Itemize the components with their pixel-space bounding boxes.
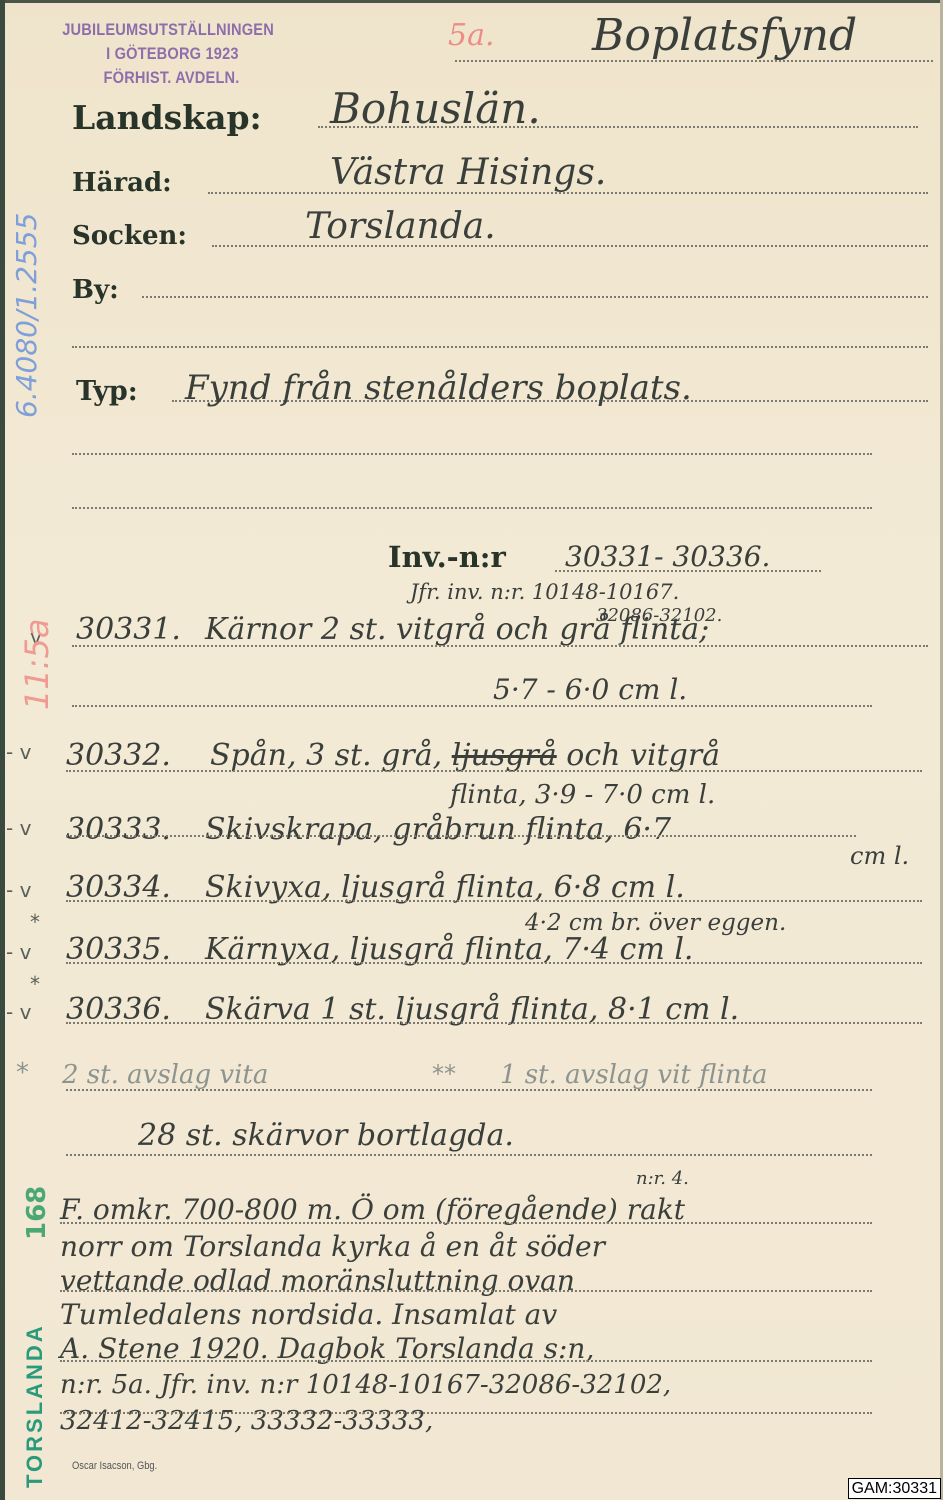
pencil-star-2: ** xyxy=(432,1060,456,1088)
item-2-text: Spån, 3 st. grå, ljusgrå och vitgrå xyxy=(210,738,720,773)
description-rule-3 xyxy=(60,1360,872,1362)
item-6-star: * xyxy=(30,972,40,996)
discarded-note: 28 st. skärvor bortlagda. xyxy=(138,1118,514,1153)
catalog-card: JUBILEUMSUTSTÄLLNINGEN I GÖTEBORG 1923 F… xyxy=(0,0,943,1500)
red-card-number: 5a. xyxy=(448,18,495,53)
blank-line-3 xyxy=(72,507,872,509)
blue-margin-note: 6.4080/1.2555 xyxy=(10,213,43,418)
card-edge-left xyxy=(0,0,5,1500)
locality-stamp: TORSLANDA xyxy=(22,1323,48,1488)
item-4-line xyxy=(66,900,922,902)
description-line-3: vettande odlad moränsluttning ovan xyxy=(60,1264,575,1297)
by-line xyxy=(142,296,928,298)
typ-value: Fynd från stenålders boplats. xyxy=(185,368,692,408)
description-rule-2 xyxy=(60,1290,872,1292)
landskap-label: Landskap: xyxy=(72,98,262,137)
item-2-number: 30332. xyxy=(66,738,171,773)
description-line-7: 32412-32415, 33332-33333, xyxy=(60,1406,433,1436)
item-3-number: 30333. xyxy=(66,812,171,847)
socken-value: Torslanda. xyxy=(305,206,496,247)
socken-label: Socken: xyxy=(72,221,187,251)
item-2-text-a: Spån, 3 st. grå, xyxy=(210,738,442,773)
item-1-line xyxy=(72,645,928,647)
item-5-line xyxy=(66,962,922,964)
stamp-line-1: JUBILEUMSUTSTÄLLNINGEN xyxy=(52,18,284,42)
discarded-line xyxy=(66,1154,872,1156)
inventory-label: Inv.-n:r xyxy=(388,540,506,574)
description-superscript: n:r. 4. xyxy=(636,1168,689,1189)
description-line-2: norr om Torslanda kyrka å en åt söder xyxy=(60,1230,605,1263)
blank-line-2 xyxy=(72,453,872,455)
item-3-line xyxy=(66,835,856,837)
inventory-range: 30331- 30336. xyxy=(565,540,770,573)
description-rule-4 xyxy=(60,1412,872,1414)
red-margin-note: 11:5a xyxy=(18,619,56,710)
description-rule-1 xyxy=(60,1222,872,1224)
pencil-note-1: 2 st. avslag vita xyxy=(62,1060,268,1090)
item-3-continuation: cm l. xyxy=(850,842,909,870)
stamp-line-2: I GÖTEBORG 1923 xyxy=(61,42,285,66)
item-2-checkmark: - v xyxy=(6,740,31,764)
pencil-note-line xyxy=(66,1089,872,1091)
exhibition-stamp: JUBILEUMSUTSTÄLLNINGEN I GÖTEBORG 1923 F… xyxy=(52,18,284,90)
item-3-text: Skivskrapa, gråbrun flinta, 6·7 xyxy=(205,812,671,847)
pencil-star-1: * xyxy=(16,1058,29,1088)
item-1-continuation: 5·7 - 6·0 cm l. xyxy=(493,673,687,706)
stamp-line-3: FÖRHIST. AVDELN. xyxy=(59,66,284,90)
item-1-number: 30331. xyxy=(76,612,181,647)
category-line xyxy=(455,60,933,62)
blank-line-1 xyxy=(72,346,928,348)
printer-imprint: Oscar Isacson, Gbg. xyxy=(72,1460,157,1472)
category-title: Boplatsfynd xyxy=(592,10,857,61)
item-5-checkmark: - v xyxy=(6,940,31,964)
item-5-star: * xyxy=(30,910,40,934)
item-2-text-b: och vitgrå xyxy=(566,738,720,773)
harad-value: Västra Hisings. xyxy=(330,152,606,193)
by-label: By: xyxy=(72,275,119,305)
inventory-compare-1: Jfr. inv. n:r. 10148-10167. xyxy=(410,580,679,604)
item-2-continuation: flinta, 3·9 - 7·0 cm l. xyxy=(450,780,715,810)
card-edge-top xyxy=(0,0,943,3)
description-line-4: Tumledalens nordsida. Insamlat av xyxy=(60,1298,557,1331)
locality-number: 168 xyxy=(22,1186,52,1240)
item-1-text: Kärnor 2 st. vitgrå och grå flinta; xyxy=(205,612,709,647)
item-2-line xyxy=(66,770,922,772)
item-3-checkmark: - v xyxy=(6,816,31,840)
item-6-line xyxy=(66,1022,922,1024)
item-1-line-2 xyxy=(72,705,872,707)
description-line-6: n:r. 5a. Jfr. inv. n:r 10148-10167-32086… xyxy=(60,1370,671,1400)
archive-id-label: GAM:30331 xyxy=(848,1478,941,1499)
item-2-struck-word: ljusgrå xyxy=(452,738,557,773)
item-4-checkmark: - v xyxy=(6,878,31,902)
landskap-value: Bohuslän. xyxy=(330,84,541,133)
item-6-checkmark: - v xyxy=(6,1000,31,1024)
typ-label: Typ: xyxy=(76,376,138,407)
pencil-note-2: 1 st. avslag vit flinta xyxy=(500,1060,767,1090)
harad-label: Härad: xyxy=(72,168,172,198)
